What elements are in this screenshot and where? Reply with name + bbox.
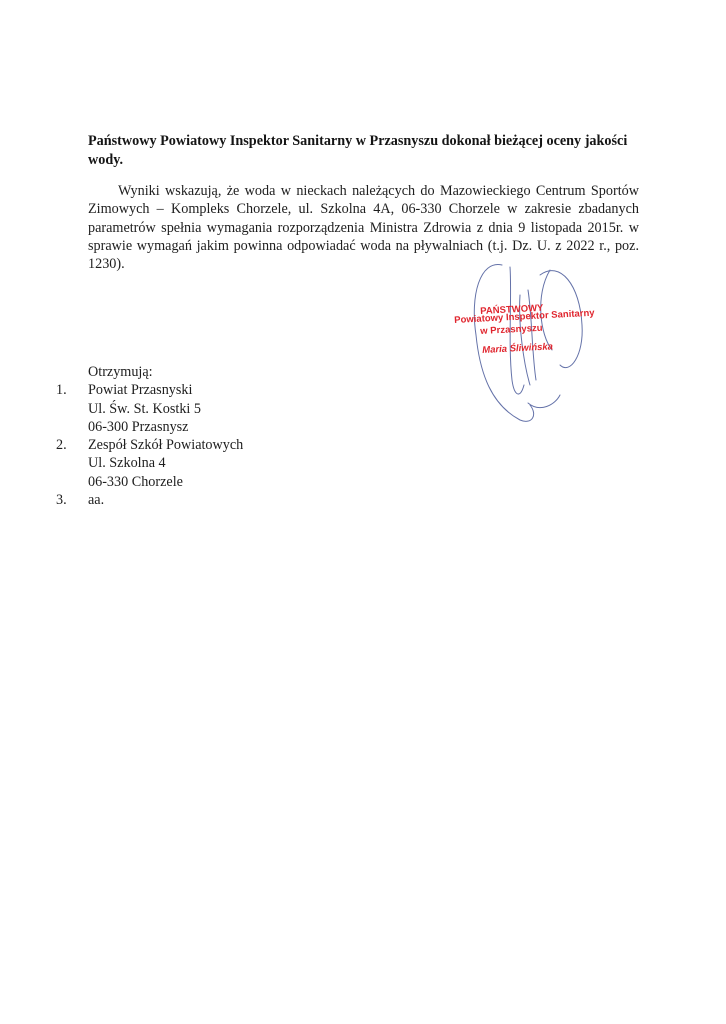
document-heading: Państwowy Powiatowy Inspektor Sanitarny … <box>88 132 640 170</box>
recipients-list: 1.Powiat PrzasnyskiUl. Św. St. Kostki 50… <box>56 381 243 509</box>
recipient-address-line: Zespół Szkół Powiatowych <box>88 436 243 454</box>
recipient-address-line: Ul. Szkolna 4 <box>88 454 243 472</box>
recipient-address-line: Ul. Św. St. Kostki 5 <box>88 400 201 418</box>
recipient-number: 1. <box>56 381 88 436</box>
recipient-number: 3. <box>56 491 88 509</box>
recipient-address: Zespół Szkół PowiatowychUl. Szkolna 406-… <box>88 436 243 491</box>
recipients-label: Otrzymują: <box>56 363 243 381</box>
recipient-item: 2.Zespół Szkół PowiatowychUl. Szkolna 40… <box>56 436 243 491</box>
recipient-address: Powiat PrzasnyskiUl. Św. St. Kostki 506-… <box>88 381 201 436</box>
recipient-item: 3.aa. <box>56 491 243 509</box>
recipient-number: 2. <box>56 436 88 491</box>
document-page: Państwowy Powiatowy Inspektor Sanitarny … <box>0 0 726 1024</box>
official-stamp: PAŃSTWOWY Powiatowy Inspektor Sanitarny … <box>440 255 630 430</box>
recipient-address: aa. <box>88 491 104 509</box>
recipient-address-line: 06-330 Chorzele <box>88 473 243 491</box>
recipients-section: Otrzymują: 1.Powiat PrzasnyskiUl. Św. St… <box>56 363 243 509</box>
recipient-address-line: aa. <box>88 491 104 509</box>
recipient-address-line: Powiat Przasnyski <box>88 381 201 399</box>
recipient-address-line: 06-300 Przasnysz <box>88 418 201 436</box>
recipient-item: 1.Powiat PrzasnyskiUl. Św. St. Kostki 50… <box>56 381 243 436</box>
